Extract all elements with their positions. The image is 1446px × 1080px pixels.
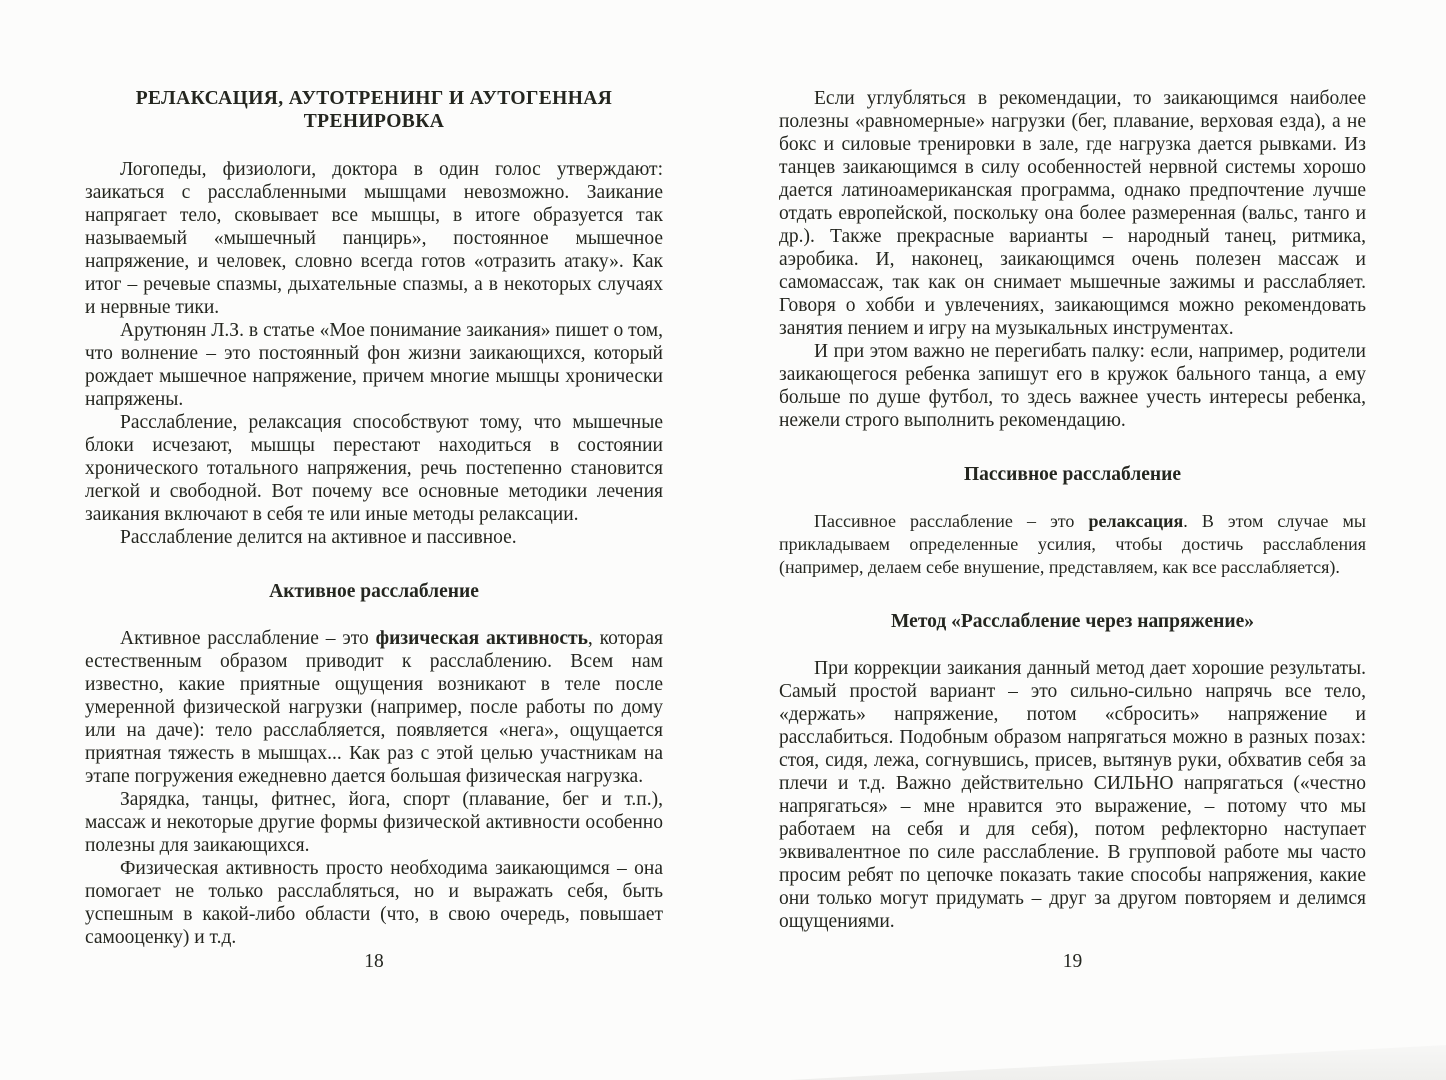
chapter-title-line-1: РЕЛАКСАЦИЯ, АУТОТРЕНИНГ И АУТОГЕННАЯ: [85, 87, 663, 110]
text-run: Активное расслабление – это: [120, 628, 376, 649]
text-run: При коррекции заикания данный метод дает…: [779, 658, 1366, 932]
paragraph: При коррекции заикания данный метод дает…: [779, 657, 1366, 933]
section-heading: Пассивное расслабление: [779, 463, 1366, 486]
page-edge-shadow: [790, 1042, 1446, 1080]
book-scan-spread: { "colors": { "paper": "#fcfcfb", "ink":…: [0, 0, 1446, 1080]
bold-text-run: физическая активность: [376, 628, 588, 649]
paragraph: Логопеды, физиологи, доктора в один голо…: [85, 158, 663, 319]
left-page-text: Логопеды, физиологи, доктора в один голо…: [85, 158, 663, 949]
right-page: Если углубляться в рекомендации, то заик…: [779, 87, 1366, 933]
text-run: Пассивное расслабление – это: [814, 511, 1089, 531]
left-page: РЕЛАКСАЦИЯ, АУТОТРЕНИНГ И АУТОГЕННАЯ ТРЕ…: [85, 87, 663, 949]
text-run: Арутюнян Л.З. в статье «Мое понимание за…: [85, 320, 663, 410]
text-run: И при этом важно не перегибать палку: ес…: [779, 341, 1366, 431]
paragraph: И при этом важно не перегибать палку: ес…: [779, 340, 1366, 432]
text-run: Физическая активность просто необходима …: [85, 858, 663, 948]
section-heading: Активное расслабление: [85, 580, 663, 603]
paragraph: Арутюнян Л.З. в статье «Мое понимание за…: [85, 319, 663, 411]
text-run: Расслабление делится на активное и пасси…: [120, 527, 517, 548]
paragraph: Активное расслабление – это физическая а…: [85, 627, 663, 788]
section-heading: Метод «Расслабление через напряжение»: [779, 610, 1366, 633]
text-run: Зарядка, танцы, фитнес, йога, спорт (пла…: [85, 789, 663, 856]
chapter-title: РЕЛАКСАЦИЯ, АУТОТРЕНИНГ И АУТОГЕННАЯ ТРЕ…: [85, 87, 663, 133]
text-run: , которая естественным образом приводит …: [85, 628, 663, 787]
text-run: Если углубляться в рекомендации, то заик…: [779, 88, 1366, 339]
paragraph: Расслабление, релаксация способствуют то…: [85, 411, 663, 526]
paragraph: Физическая активность просто необходима …: [85, 857, 663, 949]
chapter-title-line-2: ТРЕНИРОВКА: [85, 110, 663, 133]
page-number-right: 19: [779, 950, 1366, 973]
paragraph: Если углубляться в рекомендации, то заик…: [779, 87, 1366, 340]
page-number-left: 18: [85, 950, 663, 973]
right-page-text: Если углубляться в рекомендации, то заик…: [779, 87, 1366, 933]
paragraph: Пассивное расслабление – это релаксация.…: [779, 510, 1366, 579]
paragraph: Зарядка, танцы, фитнес, йога, спорт (пла…: [85, 788, 663, 857]
bold-text-run: релаксация: [1089, 511, 1184, 531]
paragraph: Расслабление делится на активное и пасси…: [85, 526, 663, 549]
text-run: Расслабление, релаксация способствуют то…: [85, 412, 663, 525]
text-run: Логопеды, физиологи, доктора в один голо…: [85, 159, 663, 318]
